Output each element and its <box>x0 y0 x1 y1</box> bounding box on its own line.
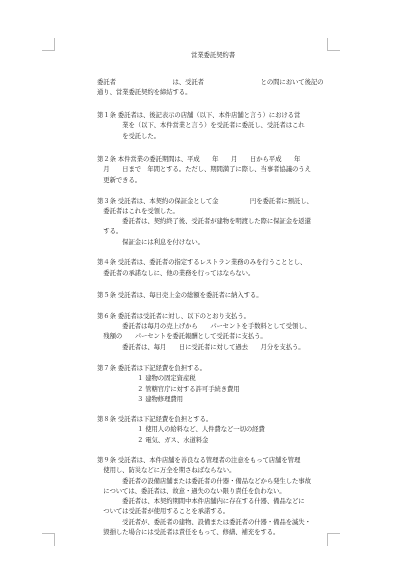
text-line: ついては受託者が使用することを承諾する。 <box>97 506 329 516</box>
text-line: 月 日まで 年間とする。ただし、期間満了に際し、当事者協議のうえ <box>97 164 329 174</box>
text-line: については、委託者は、故意・過失のない限り責任を負わない。 <box>97 486 329 496</box>
text-line: 委託者の設備店舗または委託者の什器・備品などから発生した事故 <box>97 476 329 486</box>
text-line: 第４条 受託者は、委託者の指定するレストラン業務のみを行うこととし、 <box>97 257 329 267</box>
text-line: 業を（以下、本件営業と言う）を受託者に委託し、受託者はこれ <box>97 120 329 130</box>
text-line: 委託者は、契約終了後、受託者が建物を明渡した際に保証金を返還 <box>97 216 329 226</box>
text-line: 委託者の承諾なしに、他の業務を行ってはならない。 <box>97 268 329 278</box>
text-line: 残額の パーセントを委託報酬として受託者に支払う。 <box>97 331 329 341</box>
text-line: 受託者が、委託者の建物、設備または委託者の什器・備品を滅失・ <box>97 517 329 527</box>
list-item: ２ 管轄官庁に対する許可手続き費用 <box>97 384 369 394</box>
text-line: 第８条 受託者は下記経費を負担とする。 <box>97 414 329 424</box>
text-line: 委託者はこれを受領した。 <box>97 206 329 216</box>
text-line: 第２条 本件営業の委託期間は、平成 年 月 日から平成 年 <box>97 154 329 164</box>
text-line: 更新できる。 <box>97 175 329 185</box>
text-line: 第５条 受託者は、毎日売上金の総額を委託者に納入する。 <box>97 290 329 300</box>
list-item: ２ 電気、ガス、水道料金 <box>97 435 369 445</box>
document-title: 営業委託契約書 <box>97 50 329 60</box>
text-line: 第６条 委託者は受託者に対し、以下のとおり支払う。 <box>97 311 329 321</box>
text-line: 委託者は、本契約期間中本件店舗内に存在する什器、備品などに <box>97 496 329 506</box>
text-line: 第１条 委託者は、後記表示の店舗（以下、本件店舗と言う）における営 <box>97 110 329 120</box>
text-line: 通り、営業委託契約を締結する。 <box>97 87 329 97</box>
text-line: 第９条 受託者は、本件店舗を善良なる管理者の注意をもって店舗を管理 <box>97 455 329 465</box>
crop-mark-bottom-left <box>42 533 55 546</box>
list-item: １ 使用人の給料など、人件費など一切の経費 <box>97 424 369 434</box>
text-line: 第３条 受託者は、本契約の保証金として金 円を委託者に預託し、 <box>97 196 329 206</box>
text-line: を受託した。 <box>97 131 329 141</box>
text-line: 委託者は毎月の売上げから パーセントを手数料として受領し、 <box>97 321 329 331</box>
text-line: 委託者 は、受託者 との間において後記の <box>97 77 329 87</box>
text-line: 委託者は、毎月 日に受託者に対して過去 月分を支払う。 <box>97 342 329 352</box>
text-line: 第７条 委託者は下記経費を負担する。 <box>97 363 329 373</box>
list-item: ３ 建物修理費用 <box>97 394 369 404</box>
text-line: する。 <box>97 226 329 236</box>
text-line: 使用し、防災などに万全を期さねばならない。 <box>97 465 329 475</box>
text-line: 保証金には利息を付けない。 <box>97 237 329 247</box>
list-item: １ 建物の固定資産税 <box>97 373 369 383</box>
crop-mark-top-left <box>42 38 55 51</box>
text-line: 毀損した場合には受託者は責任をもって、修繕、補充をする。 <box>97 527 329 537</box>
